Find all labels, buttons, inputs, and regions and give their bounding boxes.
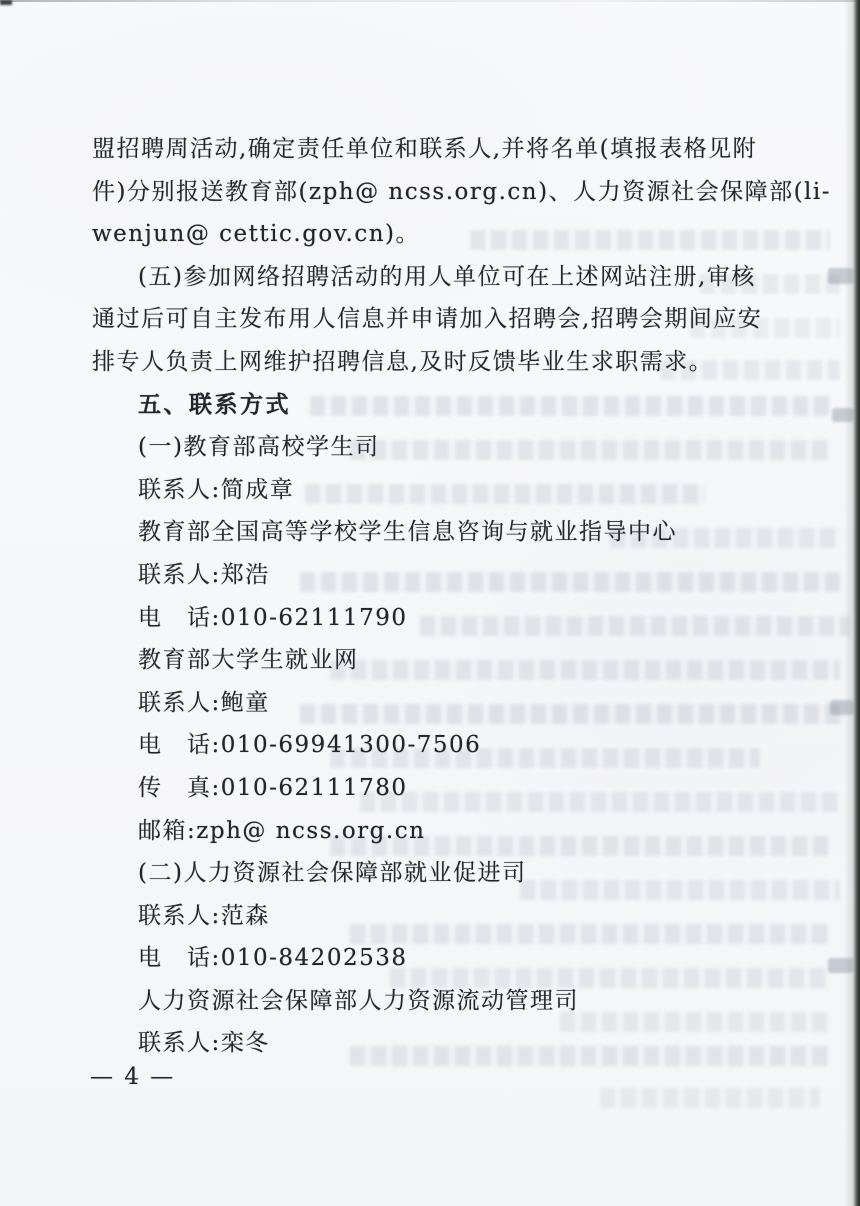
doc-line: 电 话:010-84202538 [92, 937, 782, 980]
doc-line: 电 话:010-62111790 [92, 597, 782, 640]
page-number: — 4 — [90, 1062, 175, 1092]
doc-line: 联系人:郑浩 [92, 554, 782, 597]
doc-line: 联系人:鲍童 [92, 682, 782, 725]
doc-line: wenjun@ cettic.gov.cn)。 [92, 213, 782, 256]
doc-line: 邮箱:zph@ ncss.org.cn [92, 810, 782, 853]
doc-line: (二)人力资源社会保障部就业促进司 [92, 852, 782, 895]
scan-right-edge-artifact [844, 0, 860, 1206]
document-body: 盟招聘周活动,确定责任单位和联系人,并将名单(填报表格见附件)分别报送教育部(z… [92, 128, 782, 1065]
doc-line: 联系人:栾冬 [92, 1022, 782, 1065]
doc-line: 传 真:010-62111780 [92, 767, 782, 810]
doc-line: 人力资源社会保障部人力资源流动管理司 [92, 980, 782, 1023]
doc-line: 盟招聘周活动,确定责任单位和联系人,并将名单(填报表格见附 [92, 128, 782, 171]
doc-line: 教育部全国高等学校学生信息咨询与就业指导中心 [92, 511, 782, 554]
doc-line: (五)参加网络招聘活动的用人单位可在上述网站注册,审核 [92, 256, 782, 299]
doc-line: 件)分别报送教育部(zph@ ncss.org.cn)、人力资源社会保障部(li… [92, 171, 782, 214]
doc-line: 教育部大学生就业网 [92, 639, 782, 682]
scan-top-edge-artifact [0, 0, 860, 2]
doc-line: 排专人负责上网维护招聘信息,及时反馈毕业生求职需求。 [92, 341, 782, 384]
document-page: 盟招聘周活动,确定责任单位和联系人,并将名单(填报表格见附件)分别报送教育部(z… [0, 0, 860, 1206]
scan-corner-speck [0, 0, 12, 5]
doc-line: 五、联系方式 [92, 384, 782, 427]
doc-line: 通过后可自主发布用人信息并申请加入招聘会,招聘会期间应安 [92, 298, 782, 341]
doc-line: 联系人:范森 [92, 895, 782, 938]
doc-line: 联系人:简成章 [92, 469, 782, 512]
bleedthrough-artifact [600, 1088, 820, 1108]
doc-line: (一)教育部高校学生司 [92, 426, 782, 469]
doc-line: 电 话:010-69941300-7506 [92, 724, 782, 767]
